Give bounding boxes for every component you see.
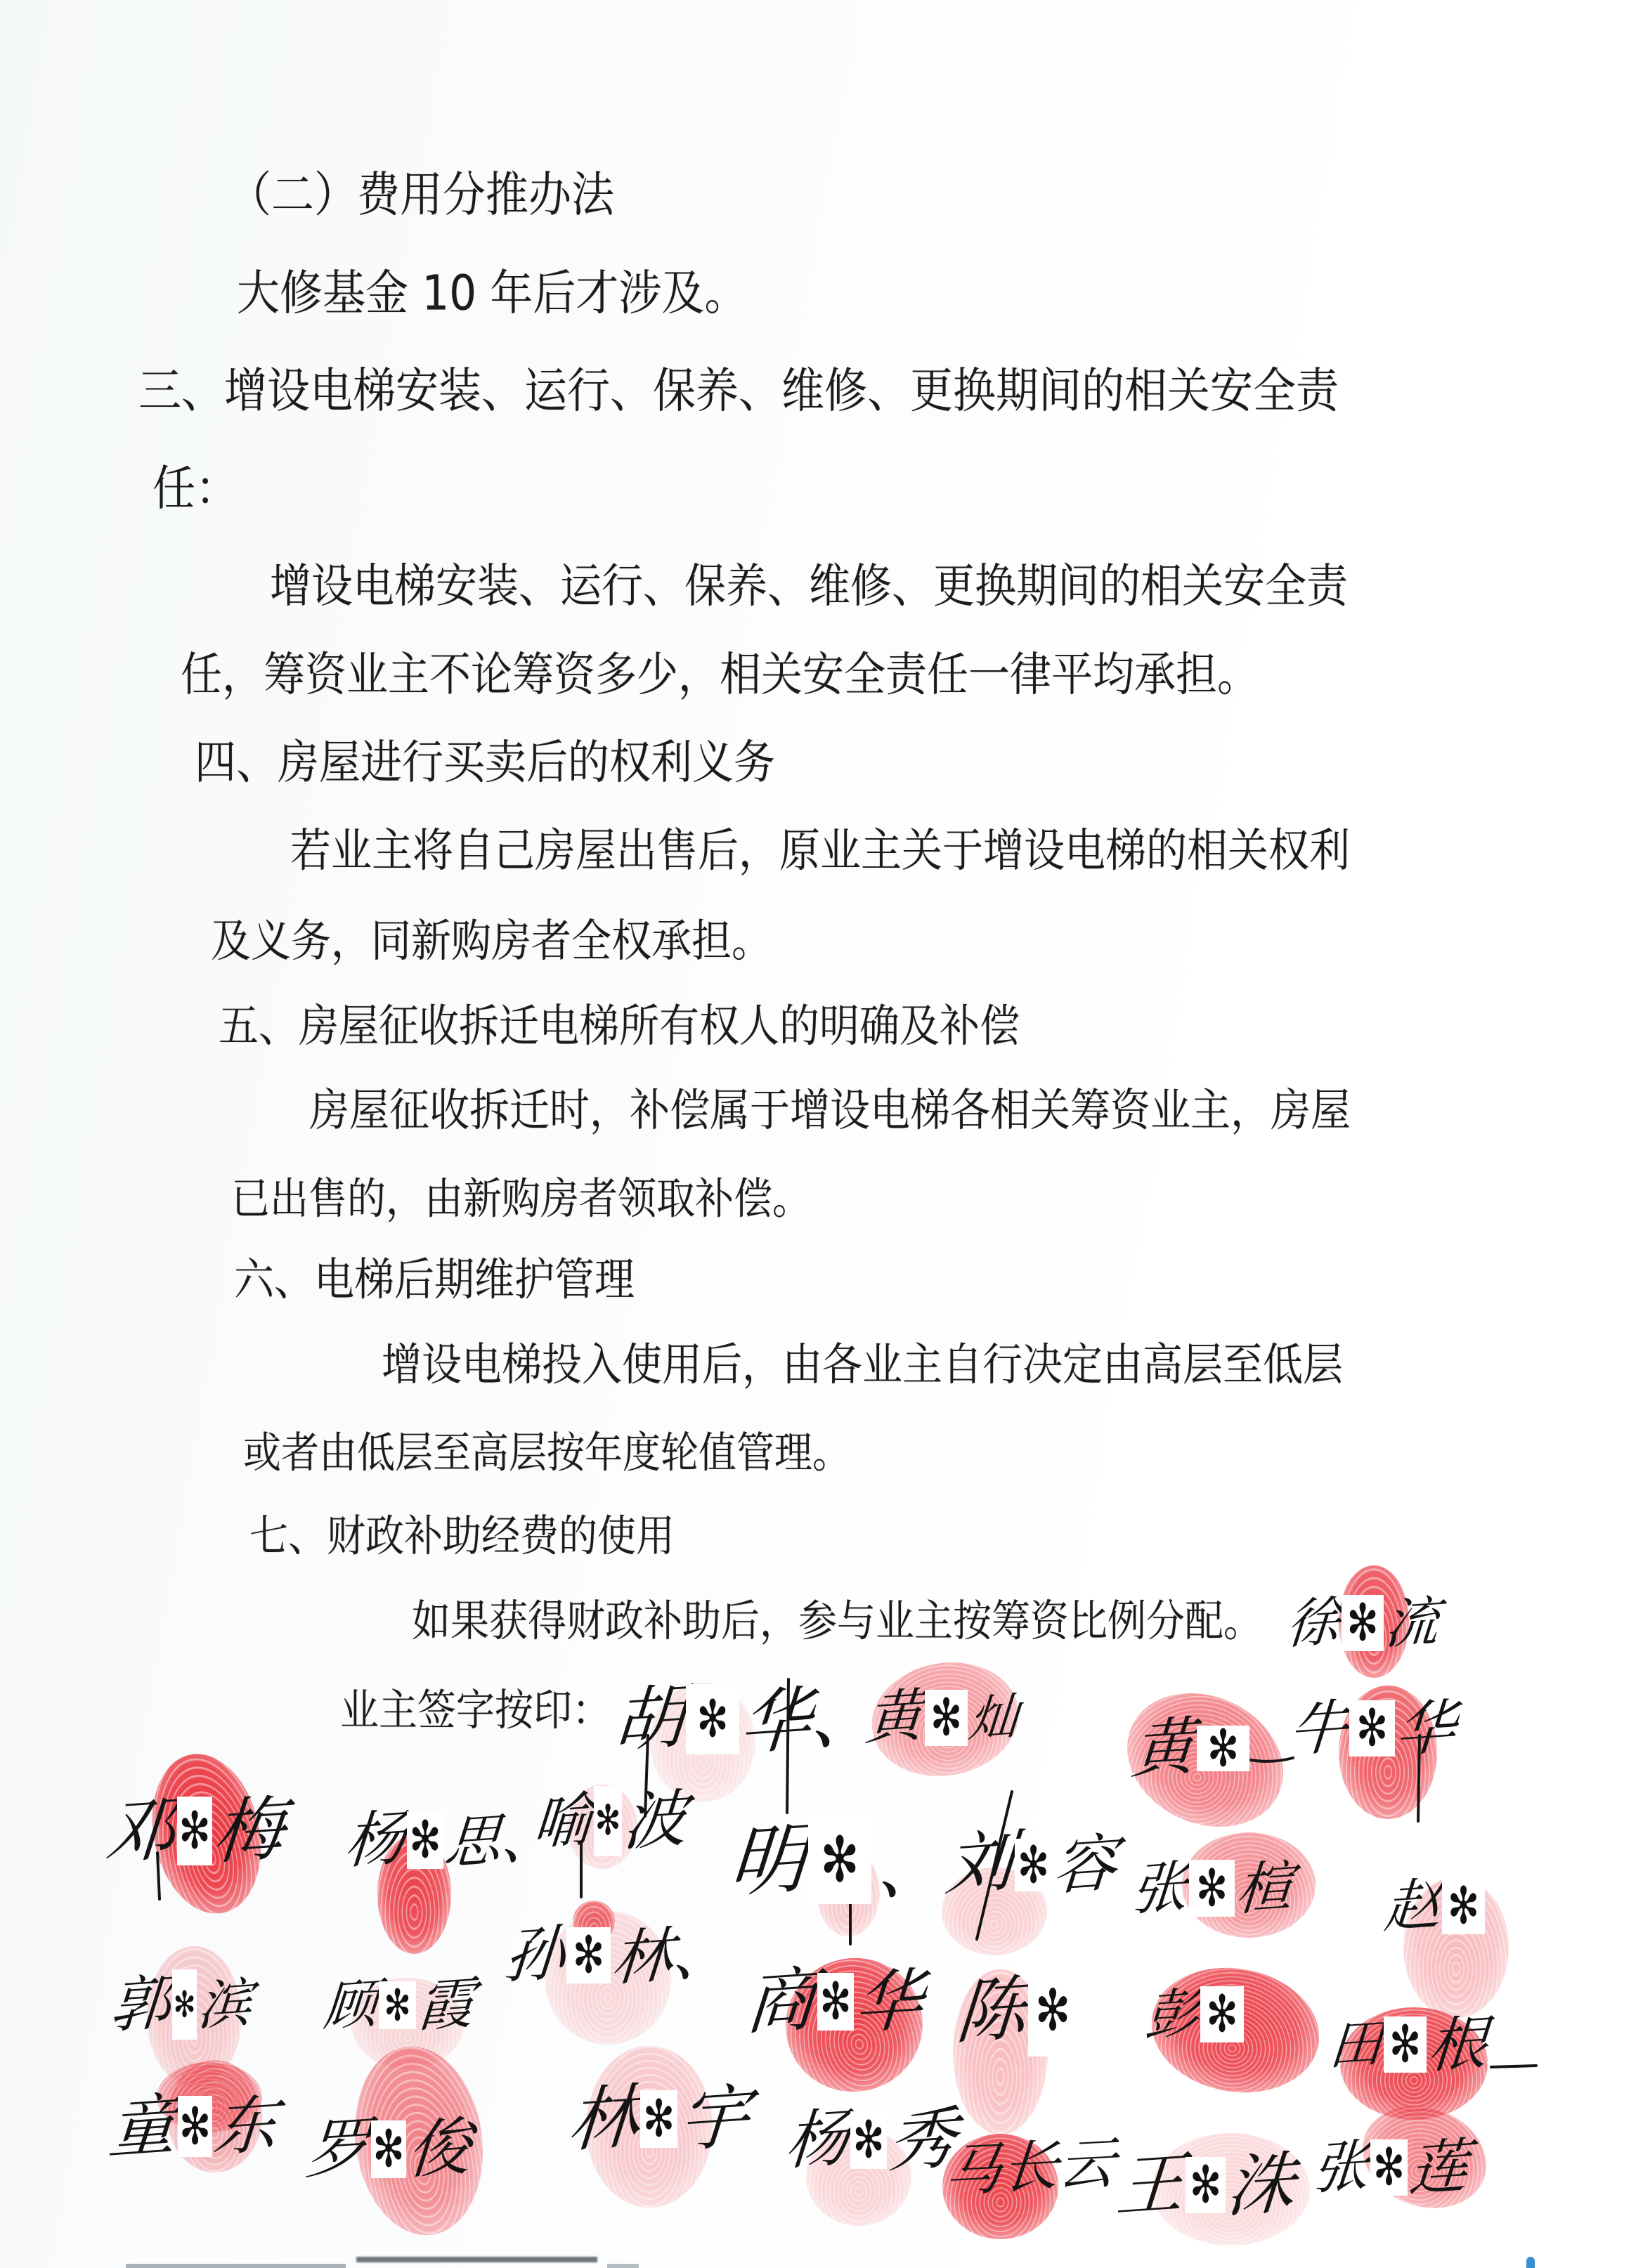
- signature-given-name: 华: [1394, 1697, 1458, 1760]
- redaction-mask: ✻: [925, 1690, 968, 1746]
- signature: 郭 ✻ 滨: [172, 1969, 197, 2040]
- asterisk-icon: ✻: [384, 1983, 411, 2027]
- redaction-mask: ✻: [808, 1816, 871, 1904]
- asterisk-icon: ✻: [1190, 2160, 1221, 2211]
- signature-surname: 童: [106, 2090, 178, 2162]
- signature-given-name: 流: [1383, 1594, 1441, 1651]
- asterisk-icon: ✻: [1373, 2142, 1405, 2194]
- signature: 张 ✻ 楦: [1189, 1860, 1235, 1917]
- redaction-mask: ✻: [379, 1981, 416, 2029]
- signature: 杨 ✻ 秀: [850, 2111, 887, 2169]
- paragraph-safety-responsibility: 增设电梯安装、运行、保养、维修、更换期间的相关安全责: [270, 562, 1348, 608]
- signature-surname: 胡: [611, 1682, 687, 1757]
- asterisk-icon: ✻: [1356, 1703, 1388, 1754]
- paragraph-maintenance-continued: 或者由低层至高层按年度轮值管理。: [243, 1432, 850, 1474]
- pen-stroke: [1491, 2066, 1536, 2067]
- asterisk-icon: ✻: [1346, 1598, 1378, 1649]
- signature-given-name: 俊: [405, 2116, 473, 2183]
- asterisk-icon: ✻: [1018, 1839, 1049, 1891]
- signature-surname: 陈: [954, 1974, 1030, 2049]
- asterisk-icon: ✻: [595, 1800, 621, 1842]
- scan-edge-mark: [1526, 2257, 1535, 2268]
- redaction-mask: ✻: [1028, 1965, 1077, 2057]
- signature: 赵 ✻: [1442, 1877, 1485, 1934]
- redaction-mask: ✻: [1197, 1726, 1249, 1771]
- scan-edge-smudge: [356, 2257, 597, 2262]
- signature: 孙 ✻ 林、: [566, 1927, 611, 1983]
- signature: 彭 ✻: [1200, 1986, 1244, 2042]
- signature-surname: 林: [566, 2082, 642, 2157]
- paragraph-subsidy: 如果获得财政补助后，参与业主按筹资比例分配。: [412, 1600, 1262, 1643]
- signature: 张 ✻ 莲: [1370, 2139, 1408, 2196]
- redaction-mask: ✻: [1186, 2157, 1226, 2213]
- signature-given-name: 容: [1051, 1831, 1119, 1898]
- section-heading-4-property-sale: 四、房屋进行买卖后的权利义务: [195, 738, 775, 785]
- signature-given-name: 洙: [1224, 2149, 1297, 2221]
- signature-surname: 黄: [1129, 1714, 1197, 1782]
- signature: 王 ✻ 洙: [1186, 2157, 1226, 2213]
- redaction-mask: ✻: [1370, 2139, 1408, 2196]
- redaction-mask: ✻: [566, 1927, 611, 1983]
- paragraph-maintenance: 增设电梯投入使用后，由各业主自行决定由高层至低层: [382, 1343, 1343, 1388]
- signature-surname: 明: [727, 1819, 810, 1901]
- paragraph-property-sale-continued: 及义务，同新购房者全权承担。: [211, 920, 772, 965]
- redaction-mask: ✻: [172, 1969, 197, 2040]
- paragraph-property-sale: 若业主将自己房屋出售后，原业主关于增设电梯的相关权利: [290, 828, 1350, 873]
- signature: 、刘 ✻ 容: [1015, 1839, 1052, 1891]
- section-heading-6-maintenance: 六、电梯后期维护管理: [234, 1258, 635, 1303]
- signature-surname: 商: [743, 1964, 819, 2040]
- signature: 田 ✻ 根: [1384, 2016, 1427, 2073]
- redaction-mask: ✻: [850, 2111, 887, 2169]
- paragraph-demolition-compensation: 房屋征收拆迁时，补偿属于增设电梯各相关筹资业主，房屋: [309, 1089, 1351, 1134]
- signature-given-name: 东: [211, 2092, 279, 2160]
- signature-surname: 牛: [1287, 1697, 1351, 1760]
- redaction-mask: ✻: [1189, 1860, 1235, 1917]
- signature-surname: 彭: [1143, 1986, 1201, 2042]
- paragraph-demolition-compensation-continued: 已出售的，由新购房者领取补偿。: [231, 1178, 811, 1221]
- signature-surname: 喻: [531, 1790, 595, 1853]
- asterisk-icon: ✻: [820, 1829, 859, 1891]
- redaction-mask: ✻: [594, 1786, 622, 1856]
- signature-given-name: 波: [621, 1787, 689, 1855]
- asterisk-icon: ✻: [178, 1806, 210, 1857]
- redaction-mask: ✻: [1349, 1700, 1395, 1757]
- paragraph-safety-responsibility-continued: 任，筹资业主不论筹资多少，相关安全责任一律平均承担。: [181, 651, 1259, 697]
- asterisk-icon: ✻: [1207, 1726, 1239, 1771]
- signature: 明 ✻: [808, 1816, 871, 1904]
- asterisk-icon: ✻: [1206, 1989, 1238, 2040]
- asterisk-icon: ✻: [179, 2101, 211, 2152]
- signature-given-name: 滨: [196, 1976, 254, 2033]
- signature-unmasked: 马长云: [943, 2135, 1117, 2200]
- signature-surname: 赵: [1382, 1876, 1443, 1936]
- signature: 林 ✻ 宇: [640, 2090, 677, 2148]
- redaction-mask: ✻: [1200, 1986, 1244, 2042]
- signature: 黄 ✻ 灿: [925, 1690, 968, 1746]
- signature: 牛 ✻ 华: [1349, 1700, 1395, 1757]
- signature: 喻 ✻ 波: [594, 1786, 622, 1856]
- redaction-mask: ✻: [1384, 2016, 1427, 2073]
- signature: 顾 ✻ 霞: [379, 1981, 416, 2029]
- redaction-mask: ✻: [371, 2120, 406, 2178]
- signature: 胡 ✻ 华、: [686, 1684, 739, 1754]
- redaction-mask: ✻: [1442, 1877, 1485, 1934]
- redaction-mask: ✻: [1342, 1595, 1384, 1651]
- redaction-mask: ✻: [686, 1684, 739, 1754]
- signature-surname: 王: [1114, 2149, 1186, 2221]
- signature-surname: 郭: [108, 1972, 174, 2037]
- asterisk-icon: ✻: [1448, 1880, 1479, 1931]
- section-heading-5-demolition-compensation: 五、房屋征收拆迁电梯所有权人的明确及补偿: [219, 1005, 1020, 1050]
- signature-given-name: 根: [1426, 2013, 1490, 2076]
- signature: 童 ✻ 东: [178, 2096, 212, 2157]
- redaction-mask: ✻: [177, 1797, 212, 1865]
- scan-edge-smudge: [607, 2264, 639, 2268]
- asterisk-icon: ✻: [372, 2124, 404, 2175]
- signature-surname: 罗: [304, 2116, 372, 2183]
- signature-surname: 田: [1327, 2016, 1384, 2073]
- signature-given-name: 梅: [211, 1794, 287, 1869]
- asterisk-icon: ✻: [1035, 1983, 1070, 2040]
- signature-given-name: 林、: [609, 1921, 735, 1990]
- asterisk-icon: ✻: [174, 1986, 196, 2022]
- signature-given-name: 华: [852, 1966, 925, 2038]
- asterisk-icon: ✻: [1389, 2019, 1421, 2071]
- redaction-mask: ✻: [817, 1973, 854, 2031]
- asterisk-icon: ✻: [409, 1815, 441, 1866]
- asterisk-icon: ✻: [573, 1930, 604, 1981]
- asterisk-icon: ✻: [696, 1694, 728, 1745]
- signature: 邓 ✻ 梅: [177, 1797, 212, 1865]
- signature: 罗 ✻ 俊: [371, 2120, 406, 2178]
- scan-edge-smudge: [126, 2264, 346, 2268]
- signature: 徐 ✻ 流: [1342, 1595, 1384, 1651]
- signature: 陈 ✻: [1028, 1965, 1077, 2057]
- signature: 杨 ✻ 思、: [407, 1811, 443, 1869]
- signature-surname: 孙: [502, 1923, 568, 1988]
- signature-given-name: 霞: [415, 1975, 476, 2035]
- signature-surname: 黄: [864, 1687, 926, 1749]
- section-heading-3-safety-responsibility: 三、增设电梯安装、运行、保养、维修、更换期间的相关安全责: [138, 367, 1339, 415]
- paragraph-major-repair-fund: 大修基金 10 年后才涉及。: [237, 269, 747, 317]
- signature-surname: 杨: [783, 2106, 851, 2174]
- signature-given-name: 莲: [1407, 2136, 1471, 2199]
- signature-surname: 张: [1129, 1858, 1190, 1918]
- signature-surname: 、刘: [876, 1827, 1016, 1903]
- signature-surname: 顾: [322, 1976, 379, 2033]
- asterisk-icon: ✻: [819, 1976, 851, 2028]
- redaction-mask: ✻: [407, 1811, 443, 1869]
- signature-surname: 邓: [103, 1794, 178, 1869]
- signature-given-name: 华、: [738, 1679, 885, 1759]
- asterisk-icon: ✻: [643, 2094, 675, 2145]
- asterisk-icon: ✻: [852, 2115, 884, 2166]
- section-heading-3-continued: 任：: [152, 464, 238, 512]
- section-heading-7-subsidy: 七、财政补助经费的使用: [249, 1515, 675, 1558]
- asterisk-icon: ✻: [930, 1693, 962, 1744]
- signature: 商 ✻ 华: [817, 1973, 854, 2031]
- signature-surname: 徐: [1285, 1594, 1342, 1651]
- signature-given-name: 宇: [676, 2082, 752, 2157]
- signature-surname: 张: [1311, 2137, 1371, 2197]
- redaction-mask: ✻: [178, 2096, 212, 2157]
- signature-label: 业主签字按印：: [340, 1689, 611, 1733]
- signature-given-name: 楦: [1234, 1858, 1294, 1918]
- signature: 黄 ✻: [1197, 1726, 1249, 1771]
- redaction-mask: ✻: [640, 2090, 677, 2148]
- signature-given-name: 灿: [967, 1692, 1020, 1745]
- asterisk-icon: ✻: [1196, 1863, 1228, 1914]
- subsection-heading-fee-sharing: （二）费用分推办法: [228, 171, 614, 219]
- signature-surname: 杨: [343, 1808, 408, 1872]
- redaction-mask: ✻: [1015, 1839, 1052, 1891]
